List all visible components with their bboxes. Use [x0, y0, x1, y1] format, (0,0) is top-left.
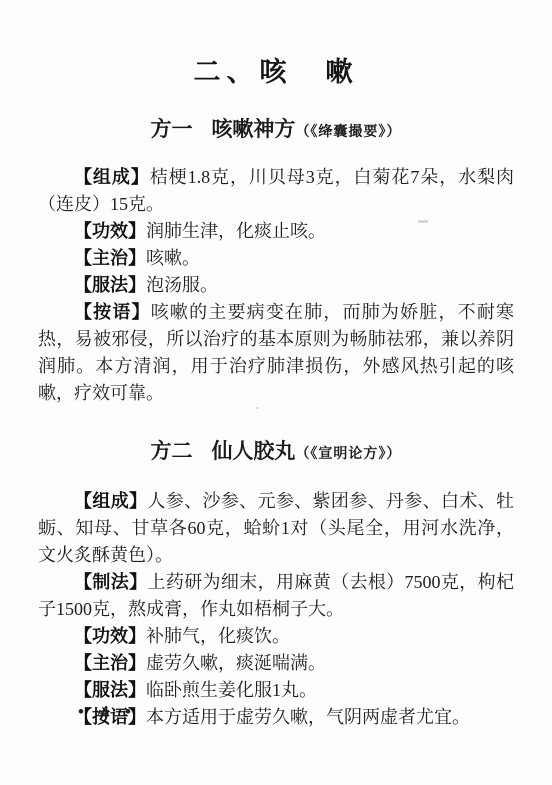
formula-2-name: 仙人胶丸 — [211, 439, 295, 463]
formula-2-preparation: 【制法】上药研为细末，用麻黄（去根）7500克，枸杞子1500克，熬成膏，作丸如… — [38, 569, 514, 623]
scan-artifact — [255, 407, 259, 409]
formula-1-name: 咳嗽神方 — [211, 117, 295, 141]
page-number: • 4 • — [78, 702, 137, 722]
entry-tag: 【主治】 — [74, 653, 146, 673]
entry-tag: 【按语】 — [74, 302, 151, 322]
book-page: 二、咳 嗽 方一咳嗽神方（《绛囊撮要》） 【组成】桔梗1.8克，川贝母3克，白菊… — [0, 0, 552, 785]
chapter-title: 二、咳 嗽 — [38, 50, 514, 89]
entry-tag: 【组成】 — [74, 491, 147, 511]
formula-1-commentary: 【按语】咳嗽的主要病变在肺，而肺为娇脏，不耐寒热，易被邪侵，所以治疗的基本原则为… — [38, 299, 514, 407]
entry-tag: 【功效】 — [74, 626, 146, 646]
formula-2-label: 方二 — [151, 439, 193, 463]
formula-1-effect: 【功效】润肺生津，化痰止咳。 — [38, 218, 514, 245]
entry-text: 泡汤服。 — [146, 275, 218, 295]
scan-artifact — [418, 220, 428, 223]
entry-tag: 【服法】 — [74, 275, 146, 295]
entry-text: 临卧煎生姜化服1丸。 — [146, 680, 317, 700]
formula-1-indication: 【主治】咳嗽。 — [38, 245, 514, 272]
formula-1-composition: 【组成】桔梗1.8克，川贝母3克，白菊花7朵，水梨肉（连皮）15克。 — [38, 164, 514, 218]
formula-1-label: 方一 — [151, 117, 193, 141]
formula-2-heading: 方二仙人胶丸（《宣明论方》） — [38, 435, 514, 465]
entry-text: 润肺生津，化痰止咳。 — [146, 221, 326, 241]
entry-tag: 【服法】 — [74, 680, 146, 700]
entry-tag: 【主治】 — [74, 248, 146, 268]
entry-text: 虚劳久嗽，痰涎喘满。 — [146, 653, 326, 673]
entry-tag: 【组成】 — [74, 167, 150, 187]
entry-text: 本方适用于虚劳久嗽，气阴两虚者尤宜。 — [146, 707, 470, 727]
formula-2-effect: 【功效】补肺气，化痰饮。 — [38, 623, 514, 650]
formula-2-administration: 【服法】临卧煎生姜化服1丸。 — [38, 677, 514, 704]
entry-text: 咳嗽。 — [146, 248, 200, 268]
formula-1-source: （《绛囊撮要》） — [295, 125, 401, 140]
formula-2-indication: 【主治】虚劳久嗽，痰涎喘满。 — [38, 650, 514, 677]
formula-2-composition: 【组成】人参、沙参、元参、紫团参、丹参、白术、牡蛎、知母、甘草各60克，蛤蚧1对… — [38, 488, 514, 569]
entry-tag: 【制法】 — [74, 572, 147, 592]
formula-1-administration: 【服法】泡汤服。 — [38, 272, 514, 299]
entry-text: 补肺气，化痰饮。 — [146, 626, 290, 646]
formula-2-source: （《宣明论方》） — [295, 447, 401, 462]
entry-tag: 【功效】 — [74, 221, 146, 241]
formula-1-heading: 方一咳嗽神方（《绛囊撮要》） — [38, 113, 514, 143]
